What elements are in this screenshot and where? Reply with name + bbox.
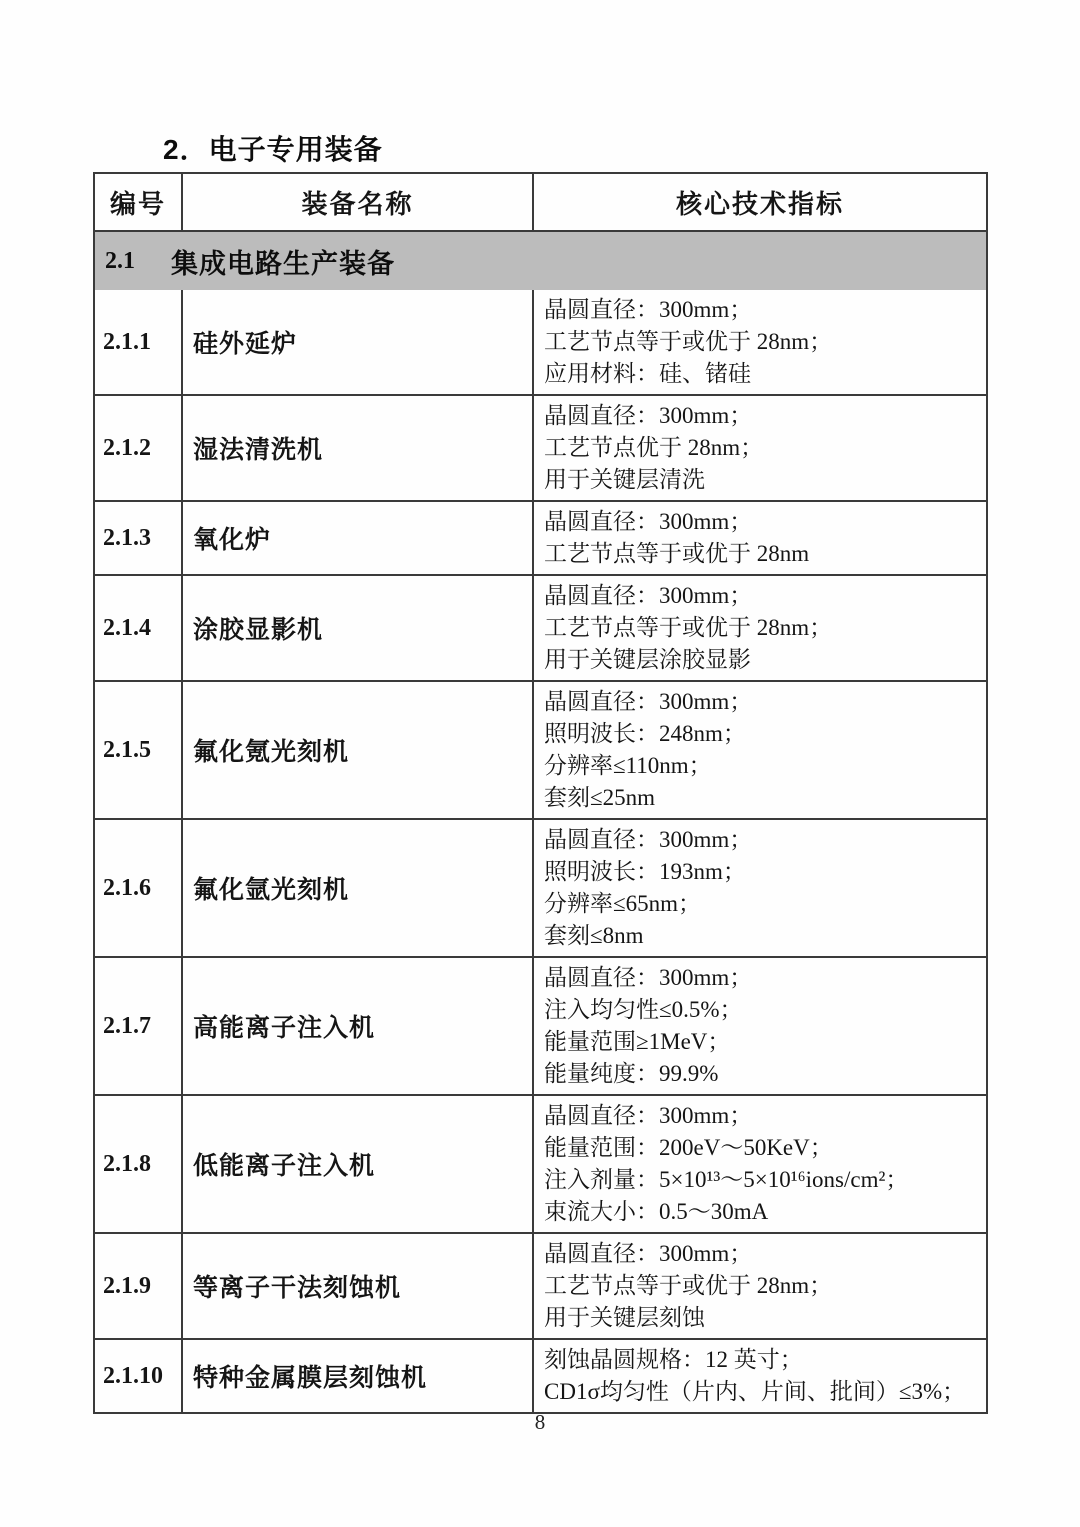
- spec-line: 注入均匀性≤0.5%；: [544, 994, 976, 1026]
- spec-line: 晶圆直径：300mm；: [544, 962, 976, 994]
- specs-cell: 晶圆直径：300mm；工艺节点等于或优于 28nm；用于关键层刻蚀: [532, 1234, 986, 1338]
- spec-line: 应用材料：硅、锗硅: [544, 358, 976, 390]
- equipment-name-cell: 涂胶显影机: [181, 576, 532, 680]
- equipment-name-cell: 氟化氪光刻机: [181, 682, 532, 818]
- table-row: 2.1.2湿法清洗机晶圆直径：300mm；工艺节点优于 28nm；用于关键层清洗: [95, 394, 986, 500]
- specs-cell: 晶圆直径：300mm；工艺节点等于或优于 28nm: [532, 502, 986, 574]
- spec-line: 能量纯度：99.9%: [544, 1058, 976, 1090]
- table-body: 2.1.1硅外延炉晶圆直径：300mm；工艺节点等于或优于 28nm；应用材料：…: [95, 290, 986, 1412]
- equipment-name-cell: 特种金属膜层刻蚀机: [181, 1340, 532, 1412]
- spec-line: 套刻≤25nm: [544, 782, 976, 814]
- spec-line: 工艺节点等于或优于 28nm；: [544, 326, 976, 358]
- equipment-name-cell: 硅外延炉: [181, 290, 532, 394]
- spec-line: 晶圆直径：300mm；: [544, 1238, 976, 1270]
- spec-line: 工艺节点等于或优于 28nm: [544, 538, 976, 570]
- spec-line: 晶圆直径：300mm；: [544, 824, 976, 856]
- document-page: 2．电子专用装备 编号 装备名称 核心技术指标 2.1 集成电路生产装备 2.1…: [0, 0, 1080, 1527]
- row-id-cell: 2.1.3: [95, 502, 181, 574]
- row-id-cell: 2.1.6: [95, 820, 181, 956]
- spec-line: 注入剂量：5×10¹³～5×10¹⁶ions/cm²；: [544, 1164, 976, 1196]
- spec-line: 晶圆直径：300mm；: [544, 506, 976, 538]
- spec-line: 分辨率≤65nm；: [544, 888, 976, 920]
- section-header-row: 2.1 集成电路生产装备: [95, 230, 986, 290]
- spec-line: 照明波长：193nm；: [544, 856, 976, 888]
- equipment-name-cell: 氧化炉: [181, 502, 532, 574]
- table-header-row: 编号 装备名称 核心技术指标: [95, 174, 986, 230]
- equipment-name-cell: 高能离子注入机: [181, 958, 532, 1094]
- row-id-cell: 2.1.5: [95, 682, 181, 818]
- spec-line: 能量范围：200eV～50KeV；: [544, 1132, 976, 1164]
- spec-line: 晶圆直径：300mm；: [544, 1100, 976, 1132]
- spec-line: 束流大小：0.5～30mA: [544, 1196, 976, 1228]
- row-id-cell: 2.1.10: [95, 1340, 181, 1412]
- spec-line: 工艺节点优于 28nm；: [544, 432, 976, 464]
- spec-line: CD1σ均匀性（片内、片间、批间）≤3%；: [544, 1376, 976, 1408]
- spec-line: 晶圆直径：300mm；: [544, 400, 976, 432]
- equipment-name-cell: 湿法清洗机: [181, 396, 532, 500]
- spec-line: 用于关键层清洗: [544, 464, 976, 496]
- section-id: 2.1: [95, 248, 135, 275]
- specs-cell: 刻蚀晶圆规格：12 英寸；CD1σ均匀性（片内、片间、批间）≤3%；: [532, 1340, 986, 1412]
- specs-cell: 晶圆直径：300mm；能量范围：200eV～50KeV；注入剂量：5×10¹³～…: [532, 1096, 986, 1232]
- row-id-cell: 2.1.9: [95, 1234, 181, 1338]
- table-row: 2.1.10特种金属膜层刻蚀机刻蚀晶圆规格：12 英寸；CD1σ均匀性（片内、片…: [95, 1338, 986, 1412]
- spec-line: 晶圆直径：300mm；: [544, 294, 976, 326]
- column-header-id: 编号: [95, 174, 181, 230]
- row-id-cell: 2.1.1: [95, 290, 181, 394]
- specs-cell: 晶圆直径：300mm；工艺节点等于或优于 28nm；用于关键层涂胶显影: [532, 576, 986, 680]
- spec-line: 能量范围≥1MeV；: [544, 1026, 976, 1058]
- row-id-cell: 2.1.4: [95, 576, 181, 680]
- specs-cell: 晶圆直径：300mm；照明波长：193nm；分辨率≤65nm；套刻≤8nm: [532, 820, 986, 956]
- spec-line: 照明波长：248nm；: [544, 718, 976, 750]
- table-row: 2.1.4涂胶显影机晶圆直径：300mm；工艺节点等于或优于 28nm；用于关键…: [95, 574, 986, 680]
- row-id-cell: 2.1.7: [95, 958, 181, 1094]
- page-number: 8: [0, 1410, 1080, 1435]
- row-id-cell: 2.1.2: [95, 396, 181, 500]
- table-row: 2.1.7高能离子注入机晶圆直径：300mm；注入均匀性≤0.5%；能量范围≥1…: [95, 956, 986, 1094]
- specs-cell: 晶圆直径：300mm；工艺节点优于 28nm；用于关键层清洗: [532, 396, 986, 500]
- equipment-name-cell: 氟化氩光刻机: [181, 820, 532, 956]
- table-row: 2.1.1硅外延炉晶圆直径：300mm；工艺节点等于或优于 28nm；应用材料：…: [95, 290, 986, 394]
- equipment-name-cell: 低能离子注入机: [181, 1096, 532, 1232]
- table-row: 2.1.5氟化氪光刻机晶圆直径：300mm；照明波长：248nm；分辨率≤110…: [95, 680, 986, 818]
- equipment-table: 编号 装备名称 核心技术指标 2.1 集成电路生产装备 2.1.1硅外延炉晶圆直…: [93, 172, 988, 1414]
- table-row: 2.1.8低能离子注入机晶圆直径：300mm；能量范围：200eV～50KeV；…: [95, 1094, 986, 1232]
- table-row: 2.1.6氟化氩光刻机晶圆直径：300mm；照明波长：193nm；分辨率≤65n…: [95, 818, 986, 956]
- spec-line: 用于关键层涂胶显影: [544, 644, 976, 676]
- spec-line: 晶圆直径：300mm；: [544, 686, 976, 718]
- specs-cell: 晶圆直径：300mm；工艺节点等于或优于 28nm；应用材料：硅、锗硅: [532, 290, 986, 394]
- spec-line: 用于关键层刻蚀: [544, 1302, 976, 1334]
- column-header-specs: 核心技术指标: [532, 174, 986, 230]
- table-row: 2.1.9等离子干法刻蚀机晶圆直径：300mm；工艺节点等于或优于 28nm；用…: [95, 1232, 986, 1338]
- spec-line: 工艺节点等于或优于 28nm；: [544, 1270, 976, 1302]
- page-title: 2．电子专用装备: [163, 128, 383, 168]
- specs-cell: 晶圆直径：300mm；注入均匀性≤0.5%；能量范围≥1MeV；能量纯度：99.…: [532, 958, 986, 1094]
- spec-line: 刻蚀晶圆规格：12 英寸；: [544, 1344, 976, 1376]
- spec-line: 分辨率≤110nm；: [544, 750, 976, 782]
- spec-line: 晶圆直径：300mm；: [544, 580, 976, 612]
- section-title: 集成电路生产装备: [135, 242, 395, 281]
- spec-line: 工艺节点等于或优于 28nm；: [544, 612, 976, 644]
- specs-cell: 晶圆直径：300mm；照明波长：248nm；分辨率≤110nm；套刻≤25nm: [532, 682, 986, 818]
- column-header-name: 装备名称: [181, 174, 532, 230]
- spec-line: 套刻≤8nm: [544, 920, 976, 952]
- table-row: 2.1.3氧化炉晶圆直径：300mm；工艺节点等于或优于 28nm: [95, 500, 986, 574]
- equipment-name-cell: 等离子干法刻蚀机: [181, 1234, 532, 1338]
- row-id-cell: 2.1.8: [95, 1096, 181, 1232]
